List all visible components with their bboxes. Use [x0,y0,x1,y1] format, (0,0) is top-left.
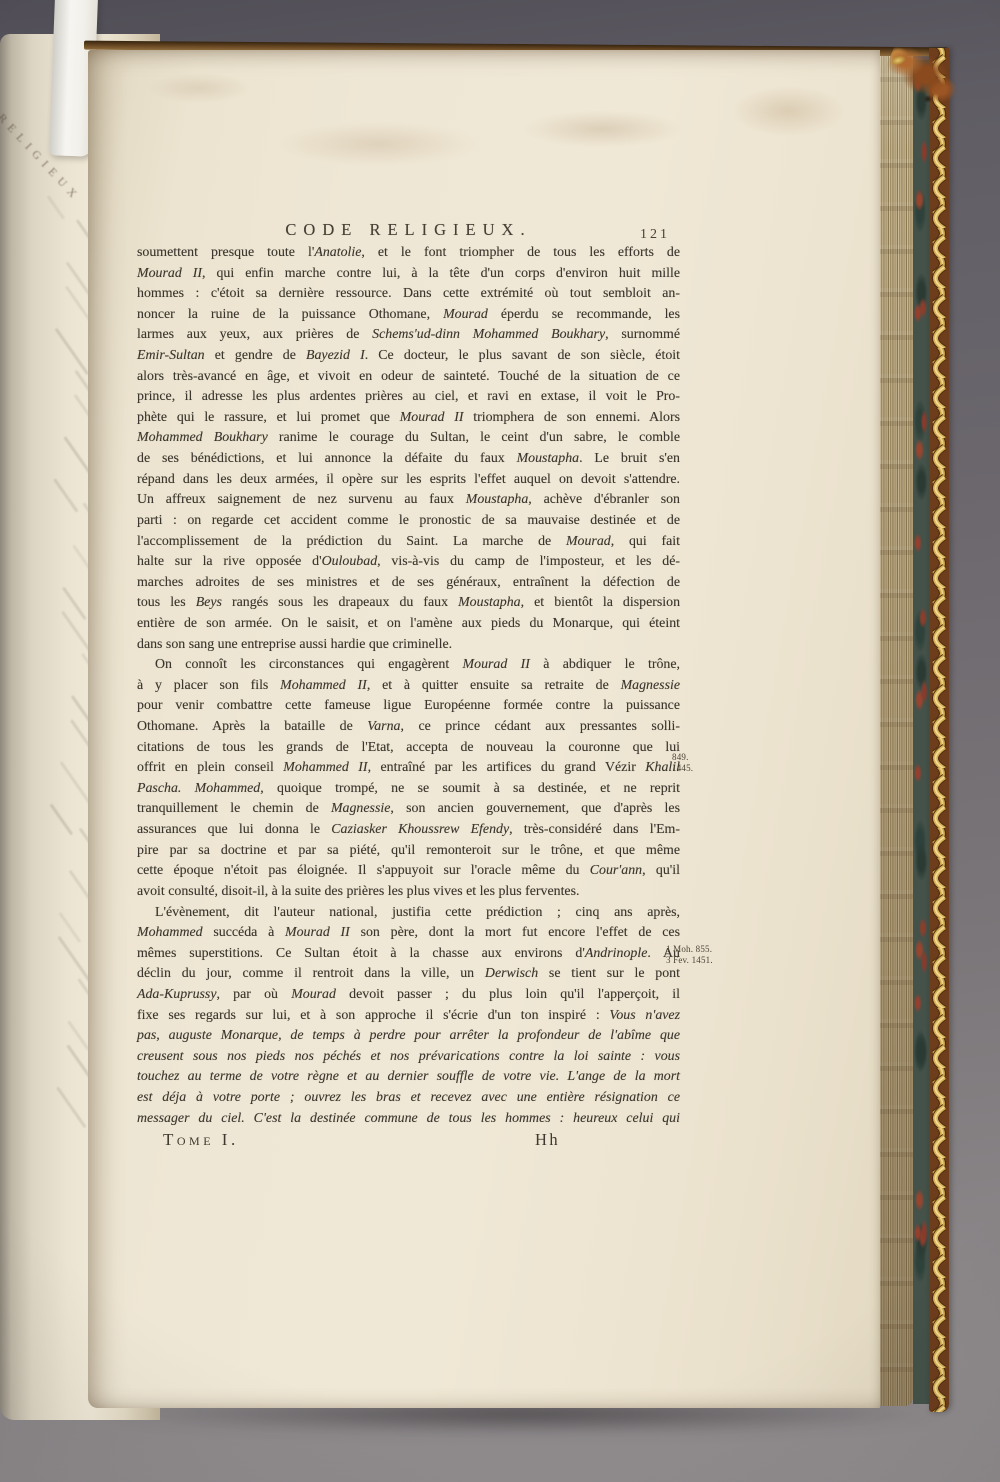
text-line: cette époque n'étoit pas éloignée. Il s'… [137,861,680,882]
signature-mark: Hh [535,1130,560,1150]
text-line: à y placer son fils Mohammed II, et à qu… [137,676,680,697]
text-line: fixe ses regards sur lui, et à son appro… [137,1006,680,1027]
text-line: citations de tous les grands de l'Etat, … [137,738,680,759]
text-line: parti : on regarde cet accident comme le… [137,511,680,532]
text-line: dans son sang une entreprise aussi hardi… [137,635,680,656]
text-line: alors très-avancé en âge, et vivoit en o… [137,367,680,388]
text-line: répand dans les deux armées, il opère su… [137,470,680,491]
text-line: Othomane. Après la bataille de Varna, ce… [137,717,680,738]
margin-note-hegira-date: 849. 1445. [672,752,693,774]
gilt-rope-pattern [929,48,949,1412]
running-head: CODE RELIGIEUX. [137,220,680,240]
text-line: L'évènement, dit l'auteur national, just… [137,903,680,924]
text-line: halte sur la rive opposée d'Ouloubad, vi… [137,552,680,573]
page-footer: Tome I. Hh [137,1130,680,1156]
paper-stain [238,112,518,176]
text-line: touchez au terme de votre règne et au de… [137,1067,680,1088]
text-line: prince, il adresse les plus ardentes pri… [137,387,680,408]
margin-note-line: 1 Moh. 855. [666,944,713,955]
volume-label: Tome I. [163,1130,239,1150]
margin-note-line: 3 Fev. 1451. [666,955,713,966]
text-line: mêmes superstitions. Ce Sultan étoit à l… [137,944,680,965]
text-line: tous les Beys rangés sous les drapeaux d… [137,593,680,614]
text-line: offrit en plein conseil Mohammed II, ent… [137,758,680,779]
text-line: Ada-Kuprussy, par où Mourad devoit passe… [137,985,680,1006]
text-line: pour venir combattre cette fameuse ligue… [137,696,680,717]
text-line: soumettent presque toute l'Anatolie, et … [137,243,680,264]
text-line: Emir-Sultan et gendre de Bayezid I. Ce d… [137,346,680,367]
verso-blurred-line [56,1086,86,1128]
text-line: pas, auguste Monarque, de temps à perdre… [137,1026,680,1047]
text-line: Un affreux saignement de nez survenu au … [137,490,680,511]
marbled-board-edge [913,60,929,1404]
book-page: CODE RELIGIEUX. 121 soumettent presque t… [88,50,880,1408]
text-line: pire par sa doctrine et par sa piété, qu… [137,841,680,862]
book-photograph: RELIGIEUX CODE RELIGIEUX. 121 soumettent… [0,0,1000,1482]
text-line: noncer la ruine de la puissance Othomane… [137,305,680,326]
text-line: hommes : c'étoit sa dernière ressource. … [137,284,680,305]
text-line: Mohammed succéda à Mourad II son père, d… [137,923,680,944]
leather-board-gilt-rope [929,48,949,1412]
text-line: est déja à votre porte ; ouvrez les bras… [137,1088,680,1109]
margin-note-death-date: 1 Moh. 855. 3 Fev. 1451. [666,944,713,966]
verso-blurred-line [55,328,89,375]
text-line: avoit consulté, disoit-il, à la suite de… [137,882,680,903]
page-block-fore-edge [880,56,913,1406]
text-line: phète qui le rassure, et lui promet que … [137,408,680,429]
text-line: déclin du jour, comme il rentroit dans l… [137,964,680,985]
corner-dark-fleck [922,94,934,104]
margin-note-line: 849. [672,752,693,763]
verso-blurred-line [53,478,78,512]
margin-note-line: 1445. [672,763,693,774]
text-line: assurances que lui donna le Caziasker Kh… [137,820,680,841]
text-line: On connoît les circonstances qui engagèr… [137,655,680,676]
verso-blurred-line [47,195,65,219]
text-line: creusent sous nos pieds nos péchés et no… [137,1047,680,1068]
verso-blurred-line [50,803,73,835]
page-number: 121 [600,227,670,243]
text-line: Pascha. Mohammed, quoique trompé, ne se … [137,779,680,800]
text-line: messager du ciel. C'est la destinée comm… [137,1109,680,1130]
paper-stain [708,76,868,146]
text-line: de ses bénédictions, et lui annonce la d… [137,449,680,470]
paper-stain [124,66,274,110]
body-text: soumettent presque toute l'Anatolie, et … [137,243,680,1129]
paper-stain [488,102,718,156]
text-line: marches adroites de ses ministres et de … [137,573,680,594]
text-line: Mohammed Boukhary ranime le courage du S… [137,428,680,449]
text-line: larmes aux yeux, aux prières de Schems'u… [137,325,680,346]
text-line: Mourad II, qui enfin marche contre lui, … [137,264,680,285]
text-line: tranquillement le chemin de Magnessie, s… [137,799,680,820]
text-line: l'accomplissement de la prédiction du Sa… [137,532,680,553]
text-line: entière de son armée. On le saisit, et o… [137,614,680,635]
verso-blurred-line [67,1020,89,1050]
